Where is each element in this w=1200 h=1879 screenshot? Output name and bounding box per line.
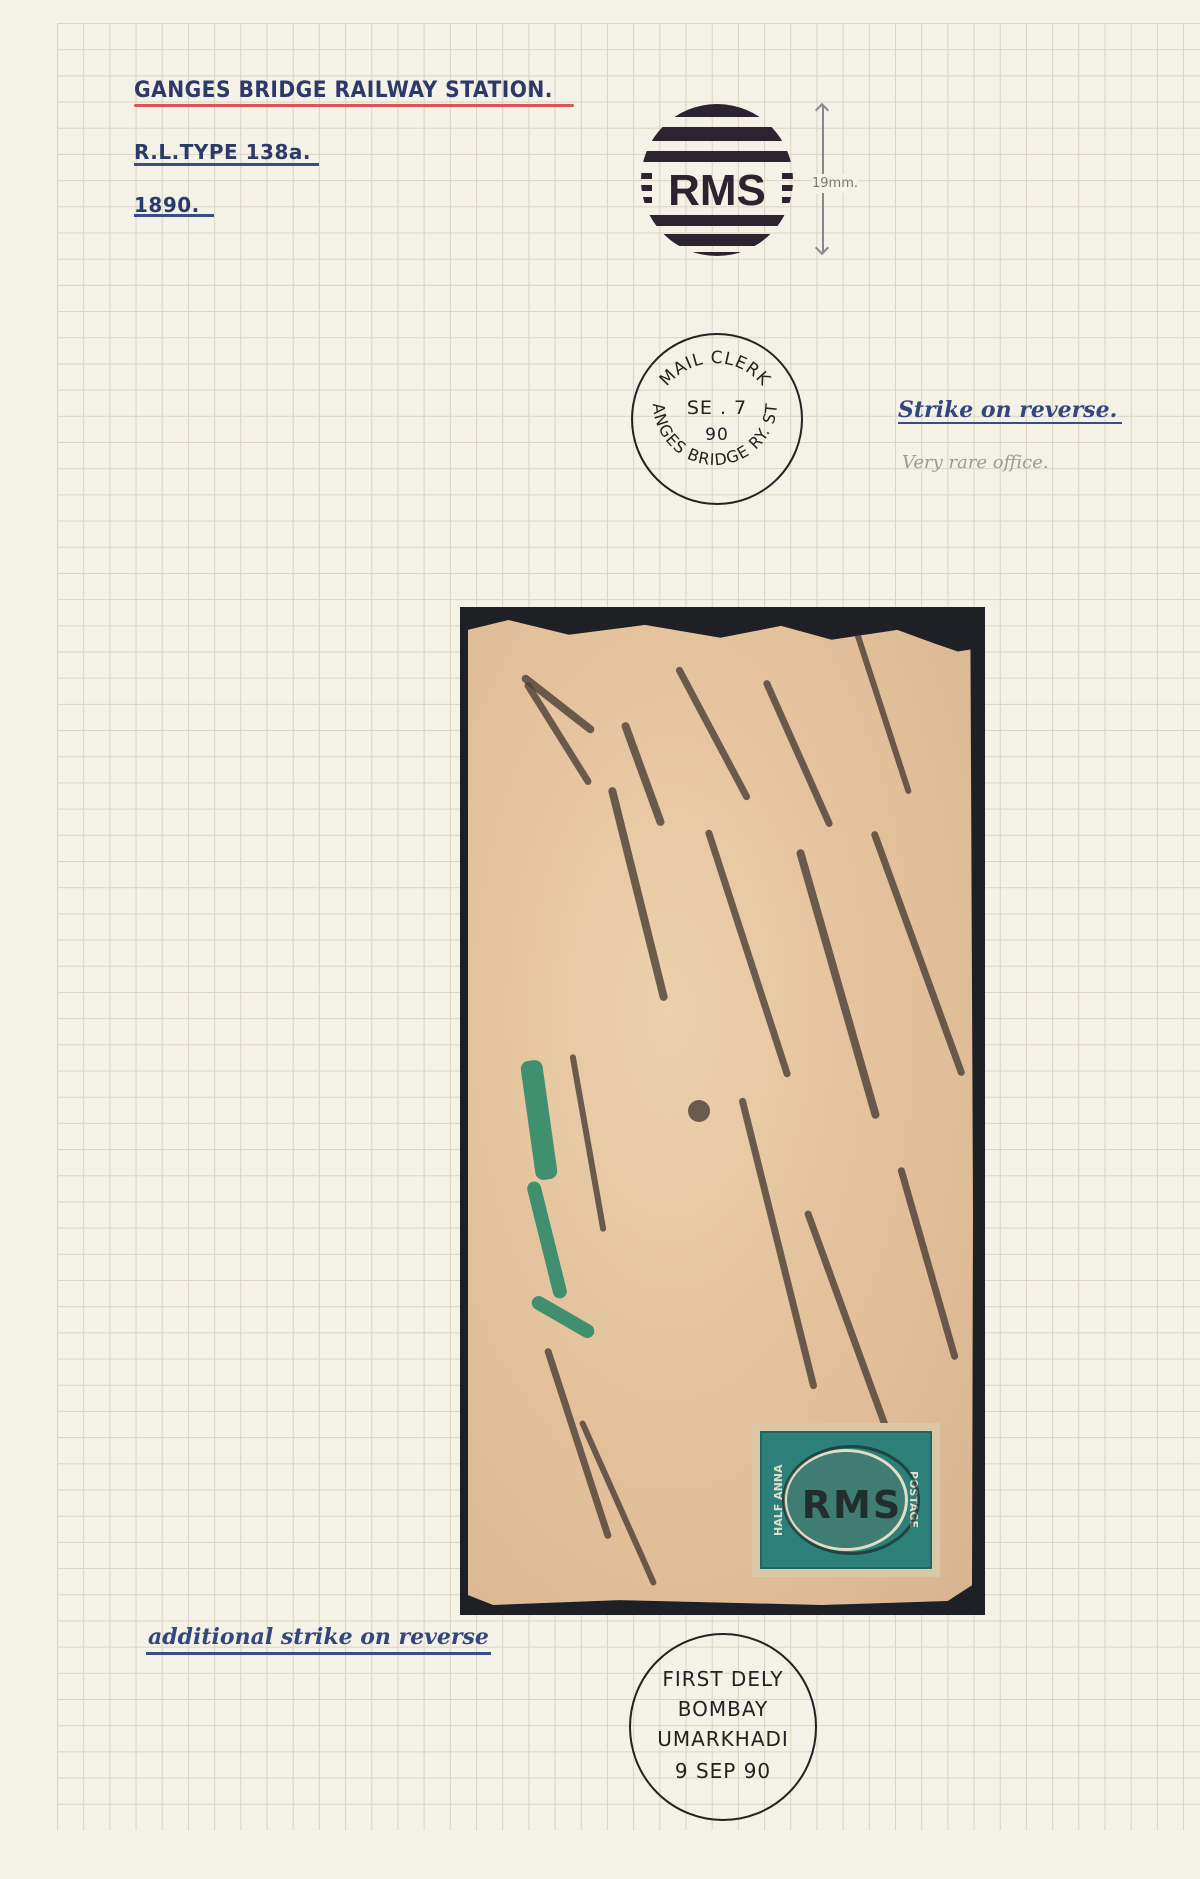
measurement-label: 19mm. [812,174,858,193]
postmark-year: 90 [633,425,801,445]
postmark-line-2: BOMBAY [631,1697,815,1721]
postmark-line-1: FIRST DELY [631,1667,815,1691]
page-heading: GANGES BRIDGE RAILWAY STATION. [134,78,553,103]
half-anna-stamp: HALF ANNA POSTAGE RMS [752,1423,940,1577]
postmark-line-3: UMARKHADI [631,1727,815,1751]
mail-clerk-postmark: MAIL CLERK GANGES BRIDGE RY. STN SE . 7 … [631,333,803,505]
additional-strike-note: additional strike on reverse [148,1624,489,1650]
postmark-date: SE . 7 [633,397,801,419]
rarity-note: Very rare office. [902,452,1049,473]
type-underline [134,163,319,166]
heading-underline [134,104,574,107]
bombay-delivery-postmark: FIRST DELY BOMBAY UMARKHADI 9 SEP 90 [629,1633,817,1821]
strike-note-underline [898,422,1122,424]
additional-note-underline [146,1652,491,1655]
strike-on-reverse-note: Strike on reverse. [898,397,1117,423]
postmark-line-4: 9 SEP 90 [631,1759,815,1783]
svg-text:RMS: RMS [668,166,766,215]
type-label: R.L.TYPE 138a. [134,140,311,164]
year-underline [134,214,214,217]
rms-cancel-drawing: RMS [640,103,794,257]
svg-text:MAIL CLERK: MAIL CLERK [656,348,775,390]
rms-cancellation: RMS [792,1463,912,1547]
